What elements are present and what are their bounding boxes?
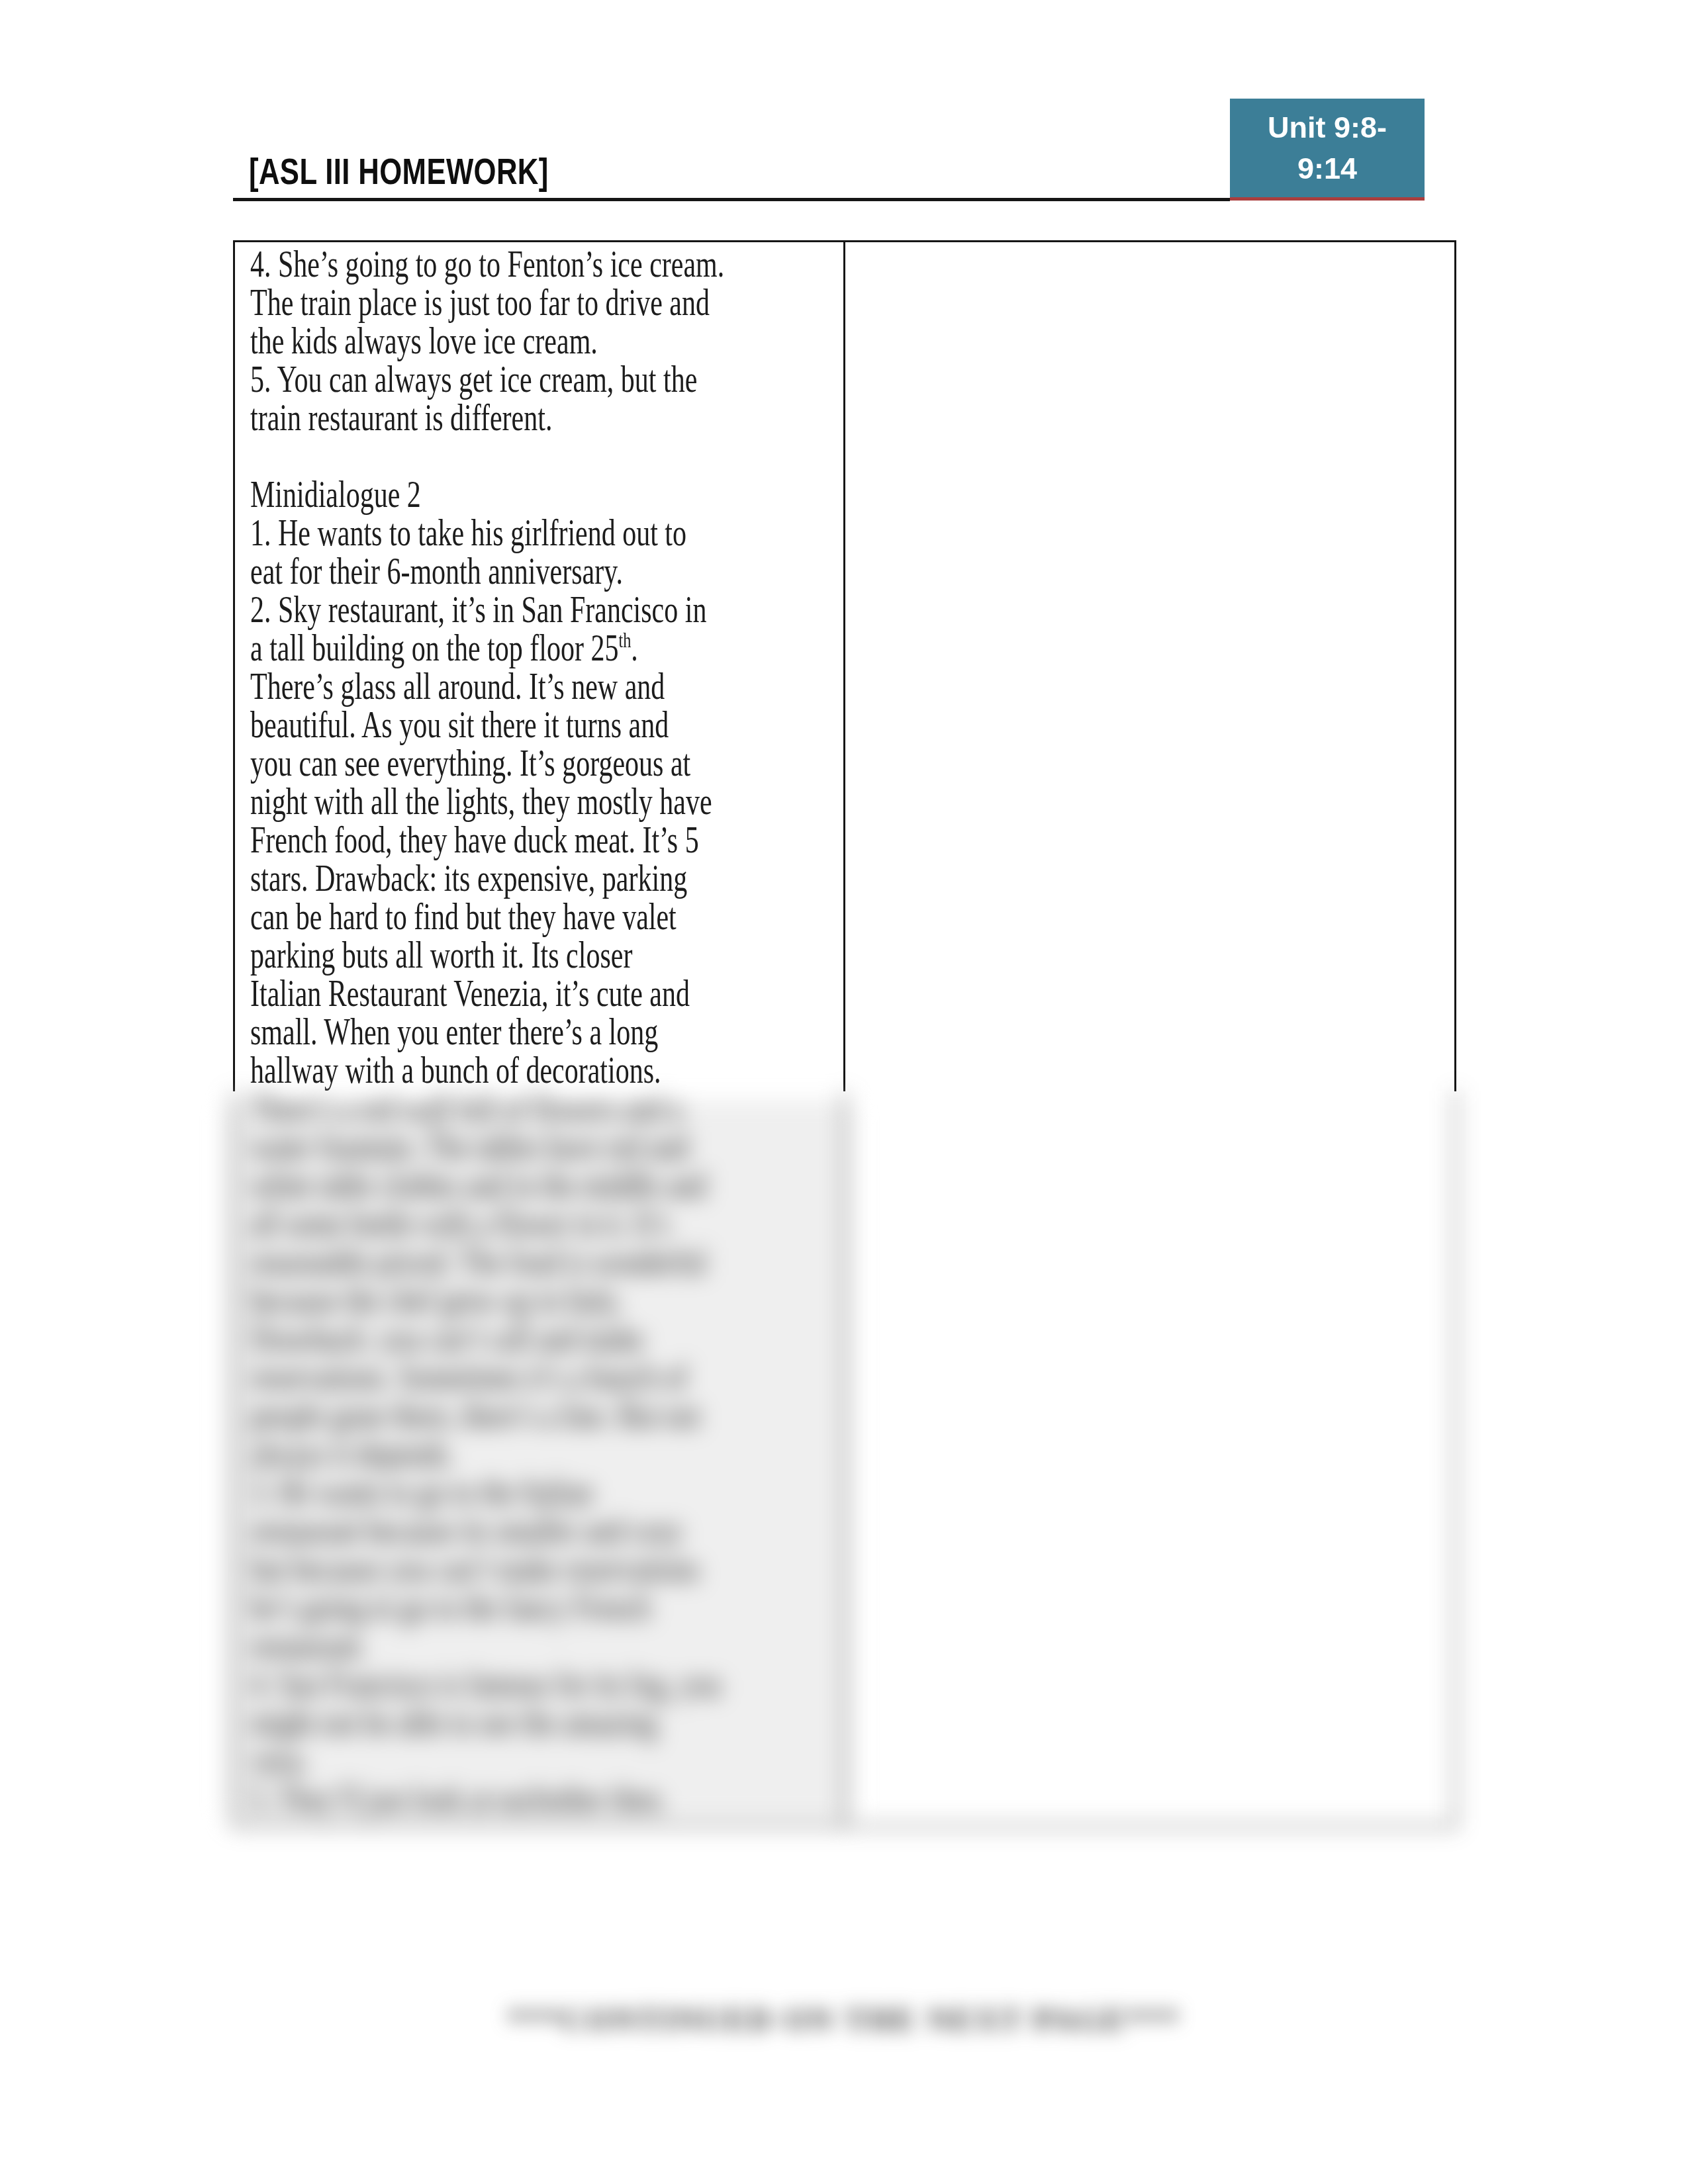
table-text-line: 5. You can always get ice cream, but the	[250, 361, 724, 399]
table-text-line: 2. Sky restaurant, it’s in San Francisco…	[250, 591, 724, 629]
blurred-preview-overlay: There’s a red wall full of flowers and a…	[199, 1091, 1562, 1852]
blurred-text-line: might not be able to see the amazing	[250, 1704, 722, 1742]
blurred-text-line: water fountain. The tables have red and	[250, 1128, 722, 1166]
blurred-text-line: always it depends.	[250, 1435, 722, 1473]
table-text-line: night with all the lights, they mostly h…	[250, 783, 724, 821]
blurred-text-line: but because you can’t make reservations	[250, 1550, 722, 1588]
table-text-line: 4. She’s going to go to Fenton’s ice cre…	[250, 246, 724, 284]
table-text-line: The train place is just too far to drive…	[250, 284, 724, 322]
document-page: { "header": { "title": "[ASL III HOMEWOR…	[0, 0, 1688, 2184]
blurred-text-line: restaurant because its smaller and cozy	[250, 1512, 722, 1550]
unit-badge: Unit 9:8- 9:14	[1230, 99, 1425, 197]
blurred-text-line: 3. He wants to go to the Italian	[250, 1473, 722, 1512]
table-text-line: parking buts all worth it. Its closer	[250, 936, 724, 975]
blurred-table-border-bottom	[233, 1825, 1456, 1827]
unit-badge-underline	[1230, 197, 1425, 201]
table-text-line: a tall building on the top floor 25th.	[250, 629, 724, 668]
table-text-line: can be hard to find but they have valet	[250, 898, 724, 936]
header-divider-rule	[233, 198, 1230, 201]
blurred-text-line: because the chef grew up in Italy.	[250, 1281, 722, 1320]
blurred-text-line: reasonable priced. The food is wonderful	[250, 1243, 722, 1281]
blurred-text-line: he’s going to go to the fancy French	[250, 1588, 722, 1627]
unit-badge-line1: Unit 9:8-	[1230, 107, 1425, 148]
table-text-line: Minidialogue 2	[250, 476, 724, 514]
table-text-line: There’s glass all around. It’s new and	[250, 668, 724, 706]
page-title: [ASL III HOMEWORK]	[249, 153, 549, 190]
blurred-text-line: people gone there, there’s a line. But n…	[250, 1396, 722, 1435]
blurred-table-border-right	[1454, 1091, 1456, 1827]
blurred-text-line: There’s a red wall full of flowers and a	[250, 1089, 722, 1128]
table-text-line: Italian Restaurant Venezia, it’s cute an…	[250, 975, 724, 1013]
table-text-line: small. When you enter there’s a long	[250, 1013, 724, 1052]
blurred-text-line: Drawback: you can’t call and make	[250, 1320, 722, 1358]
blurred-table-border-left	[233, 1091, 235, 1827]
table-right-column-empty	[845, 242, 1454, 1091]
table-text-line: train restaurant is different.	[250, 399, 724, 437]
table-text-line: the kids always love ice cream.	[250, 322, 724, 361]
table-text-line: beautiful. As you sit there it turns and	[250, 706, 724, 745]
blurred-table-column-divider	[843, 1091, 845, 1827]
table-text-line: 1. He wants to take his girlfriend out t…	[250, 514, 724, 553]
table-text-line	[250, 437, 724, 476]
blurred-text-line: reservations. Sometimes it’s a bunch of	[250, 1358, 722, 1396]
table-text-line: hallway with a bunch of decorations.	[250, 1052, 724, 1090]
blurred-text-line: all some bottle with a flower in it. It’…	[250, 1205, 722, 1243]
table-text-line: French food, they have duck meat. It’s 5	[250, 821, 724, 860]
table-text-line: eat for their 6-month anniversary.	[250, 553, 724, 591]
table-text-line: stars. Drawback: its expensive, parking	[250, 860, 724, 898]
blurred-text-line: 5. They’ll just look at eachother then.	[250, 1780, 722, 1819]
left-column-text: 4. She’s going to go to Fenton’s ice cre…	[250, 246, 882, 1090]
blurred-text-line: view.	[250, 1742, 722, 1780]
continued-next-page-note: ***CONTINUED ON THE NEXT PAGE***	[0, 2002, 1688, 2038]
table-text-line: you can see everything. It’s gorgeous at	[250, 745, 724, 783]
blurred-text-line: white table clothes and in the middle an…	[250, 1166, 722, 1205]
blurred-column-text: There’s a red wall full of flowers and a…	[250, 1089, 878, 1819]
table-border-left	[233, 240, 235, 1091]
table-border-right	[1454, 240, 1456, 1091]
blurred-text-line: restaurant.	[250, 1627, 722, 1665]
blur-background-wash	[225, 1101, 854, 1822]
unit-badge-line2: 9:14	[1230, 148, 1425, 189]
blurred-text-line: 4. San Francisco is famous for its fog, …	[250, 1665, 722, 1704]
